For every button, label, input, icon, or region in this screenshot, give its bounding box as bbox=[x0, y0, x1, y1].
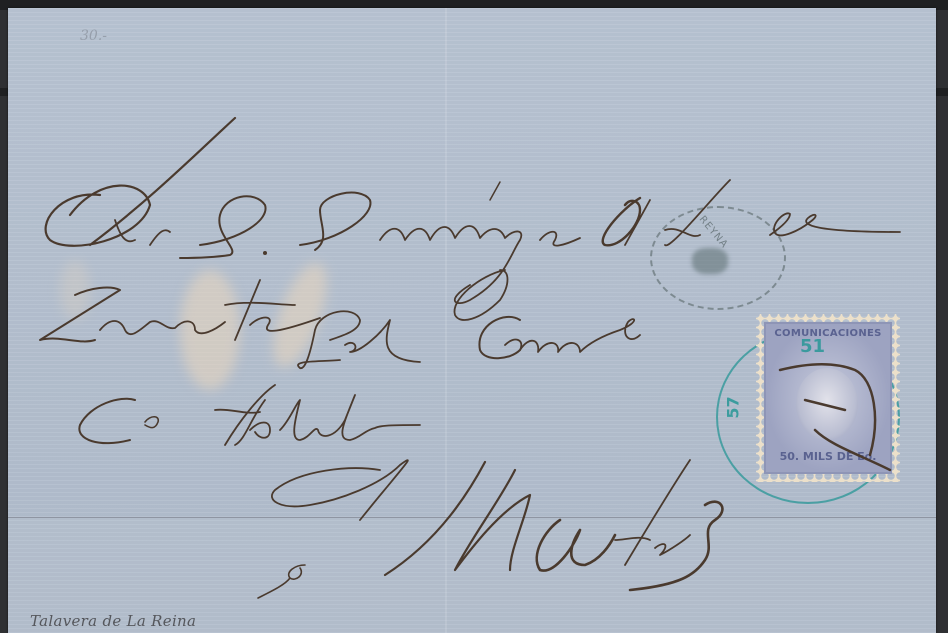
pencil-origin-note: Talavera de La Reina bbox=[30, 612, 196, 630]
blue-postmark-strokes bbox=[0, 0, 948, 633]
